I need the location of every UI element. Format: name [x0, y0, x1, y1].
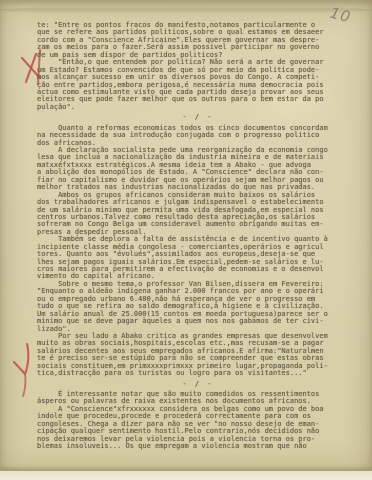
section-divider: - / -: [37, 114, 359, 121]
scanned-document-page: 10 te: "Entre os pontos fracos do manife…: [0, 0, 372, 480]
text-line: tica,distracção para os turistas ou logr…: [37, 370, 359, 377]
text-line: pulação".: [37, 104, 359, 111]
paper-crease: [0, 6, 372, 14]
typewritten-text-block: te: "Entre os pontos fracos do manifesto…: [37, 22, 359, 451]
section-divider: - / -: [37, 381, 359, 388]
red-margin-mark-check: [10, 340, 38, 398]
text-line: blemas insoluveis... Os que empregam a v…: [37, 443, 359, 450]
text-line: eleitores que pode fazer melhor que os o…: [37, 96, 359, 103]
text-line: minimo que se deve pagar àqueles a quem …: [37, 318, 359, 325]
page-bottom-edge: [0, 470, 372, 480]
